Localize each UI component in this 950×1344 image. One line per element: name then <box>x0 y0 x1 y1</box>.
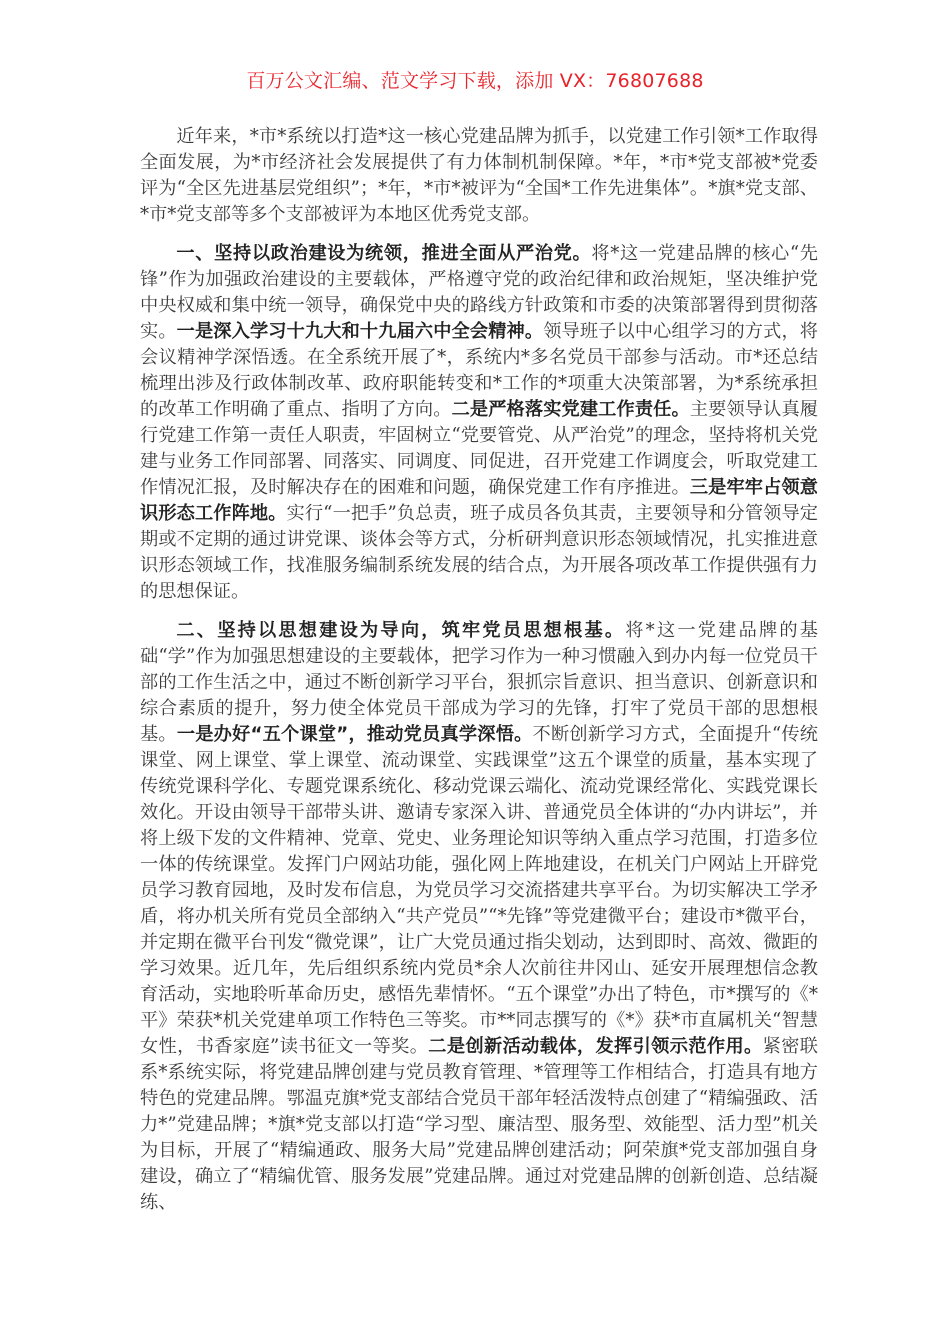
watermark-banner: 百万公文汇编、范文学习下载，添加 VX：76807688 <box>0 66 950 96</box>
subpoint-heading: 一是办好“五个课堂”，推动党员真学深悟。 <box>177 724 533 745</box>
document-page: 百万公文汇编、范文学习下载，添加 VX：76807688 近年来，*市*系统以打… <box>0 0 950 1344</box>
section-one-paragraph: 一、坚持以政治建设为统领，推进全面从严治党。将*这一党建品牌的核心“先锋”作为加… <box>140 241 818 605</box>
subpoint-heading: 二是创新活动载体，发挥引领示范作用。 <box>428 1036 762 1057</box>
intro-paragraph: 近年来，*市*系统以打造*这一核心党建品牌为抓手，以党建工作引领*工作取得全面发… <box>140 124 818 228</box>
paragraph-text: 近年来，*市*系统以打造*这一核心党建品牌为抓手，以党建工作引领*工作取得全面发… <box>140 126 818 225</box>
section-heading: 二、坚持以思想建设为导向，筑牢党员思想根基。 <box>176 620 625 641</box>
subpoint-heading: 二是严格落实党建工作责任。 <box>452 399 690 420</box>
section-heading: 一、坚持以政治建设为统领，推进全面从严治党。 <box>176 243 591 264</box>
section-two-paragraph: 二、坚持以思想建设为导向，筑牢党员思想根基。将*这一党建品牌的基础“学”作为加强… <box>140 618 818 1216</box>
paragraph-text: 不断创新学习方式，全面提升“传统课堂、网上课堂、掌上课堂、流动课堂、实践课堂”这… <box>140 724 818 1057</box>
subpoint-heading: 一是深入学习十九大和十九届六中全会精神。 <box>177 321 544 342</box>
paragraph-text: 紧密联系*系统实际，将党建品牌创建与党员教育管理、*管理等工作相结合，打造具有地… <box>140 1036 818 1213</box>
document-body: 近年来，*市*系统以打造*这一核心党建品牌为抓手，以党建工作引领*工作取得全面发… <box>140 124 818 1216</box>
